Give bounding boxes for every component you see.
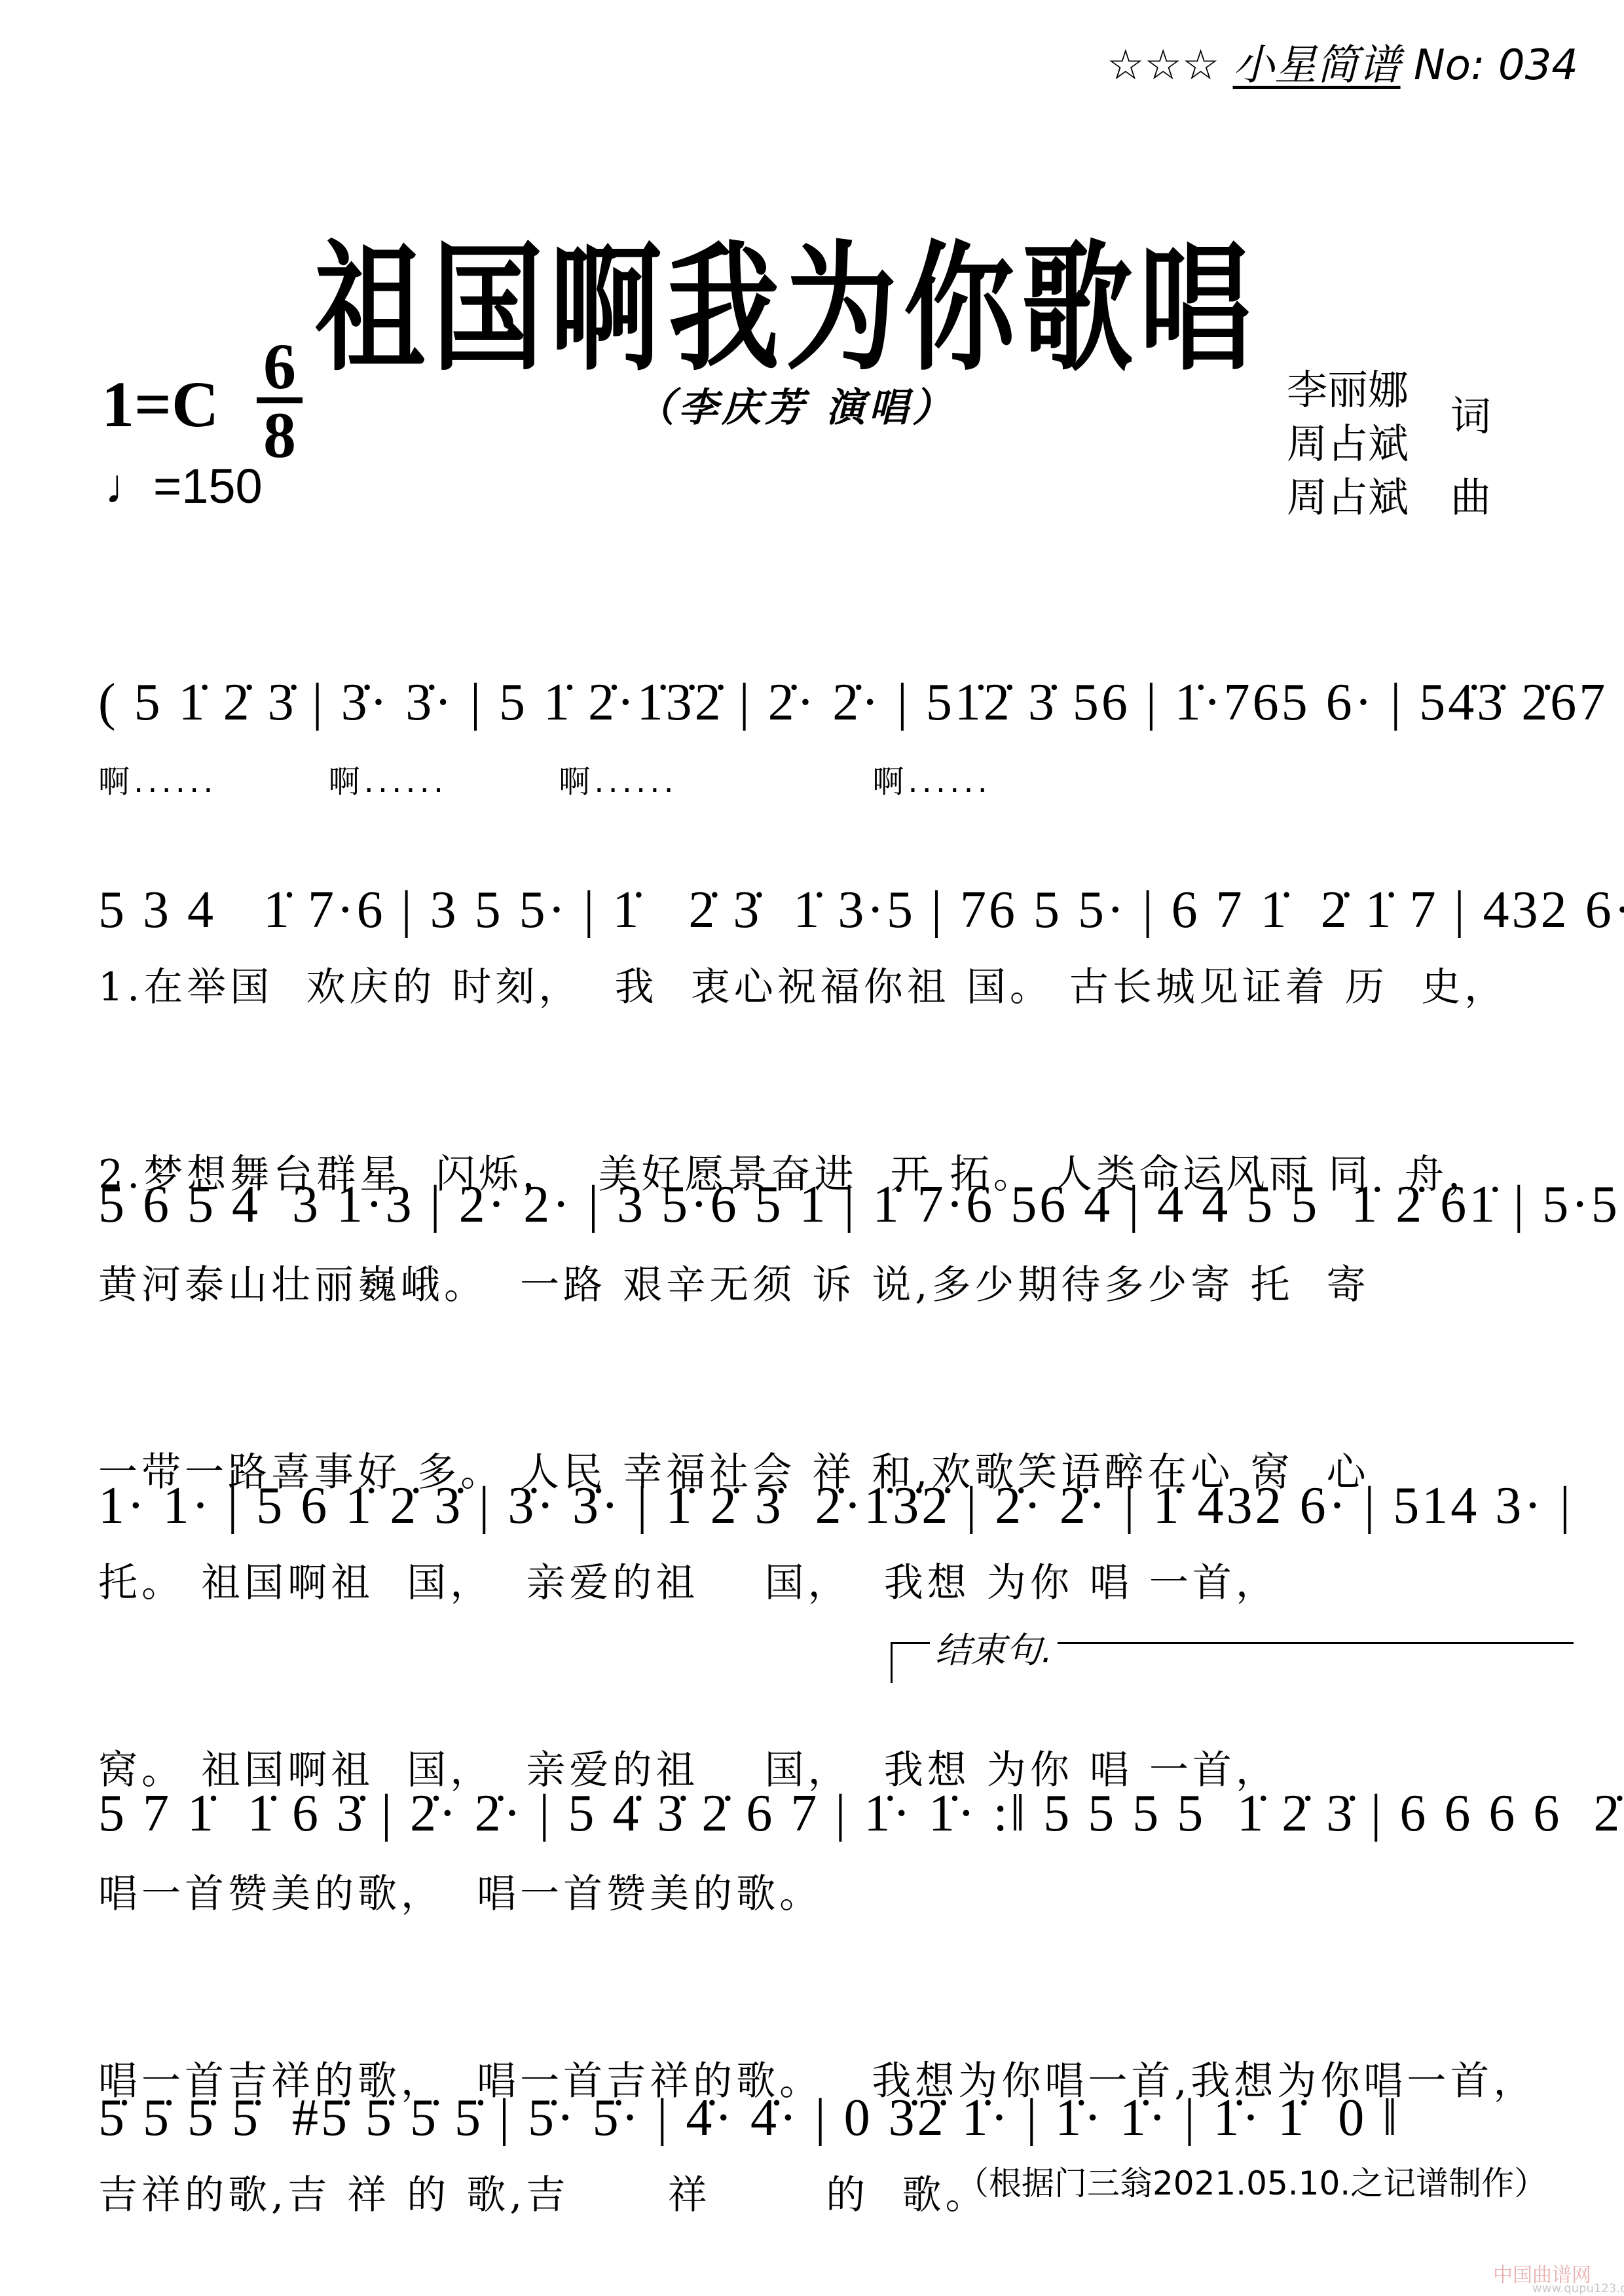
lyric-verse-1: 唱一首赞美的歌， 唱一首赞美的歌。 [98, 1863, 1552, 1919]
time-denominator: 8 [257, 406, 303, 465]
time-numerator: 6 [257, 337, 303, 396]
singer-credit: （李庆芳 演唱） [635, 376, 955, 433]
composer: 周占斌 [1287, 471, 1409, 524]
brand-link[interactable]: 小星简谱 [1233, 41, 1401, 90]
time-signature: 6 8 [257, 337, 303, 465]
key-signature: 1=C [101, 367, 219, 442]
lyricist-1: 李丽娜 [1287, 363, 1409, 417]
score-number: No: 034 [1414, 41, 1578, 90]
lyric-verse-1: 托。 祖国啊祖 国， 亲爱的祖 国， 我想 为你 唱 一首， [98, 1552, 1552, 1608]
watermark-url[interactable]: www.qupu123.com [1532, 2282, 1624, 2295]
transcription-note: （根据门三翁2021.05.10.之记谱制作） [956, 2157, 1547, 2204]
lyricist-2: 周占斌 [1287, 417, 1409, 471]
lyricist-role: 词 [1450, 390, 1491, 443]
ending-label: 结束句. [930, 1622, 1058, 1673]
lyric-verse-1: 1.在举国 欢庆的 时刻， 我 衷心祝福你祖 国。 古长城见证着 历 史， [98, 956, 1552, 1012]
star-icons: ☆☆☆ [1107, 41, 1219, 90]
credits: 李丽娜 周占斌 周占斌 词 曲 [1287, 363, 1409, 524]
composer-role: 曲 [1450, 471, 1491, 524]
tempo-marking: ♩=150 [105, 458, 263, 514]
lyric-verse-1: 黄河泰山壮丽巍峨。 一路 艰辛无须 诉 说,多少期待多少寄 托 寄 [98, 1254, 1552, 1310]
series-header: ☆☆☆ 小星简谱 No: 034 [1107, 31, 1578, 92]
